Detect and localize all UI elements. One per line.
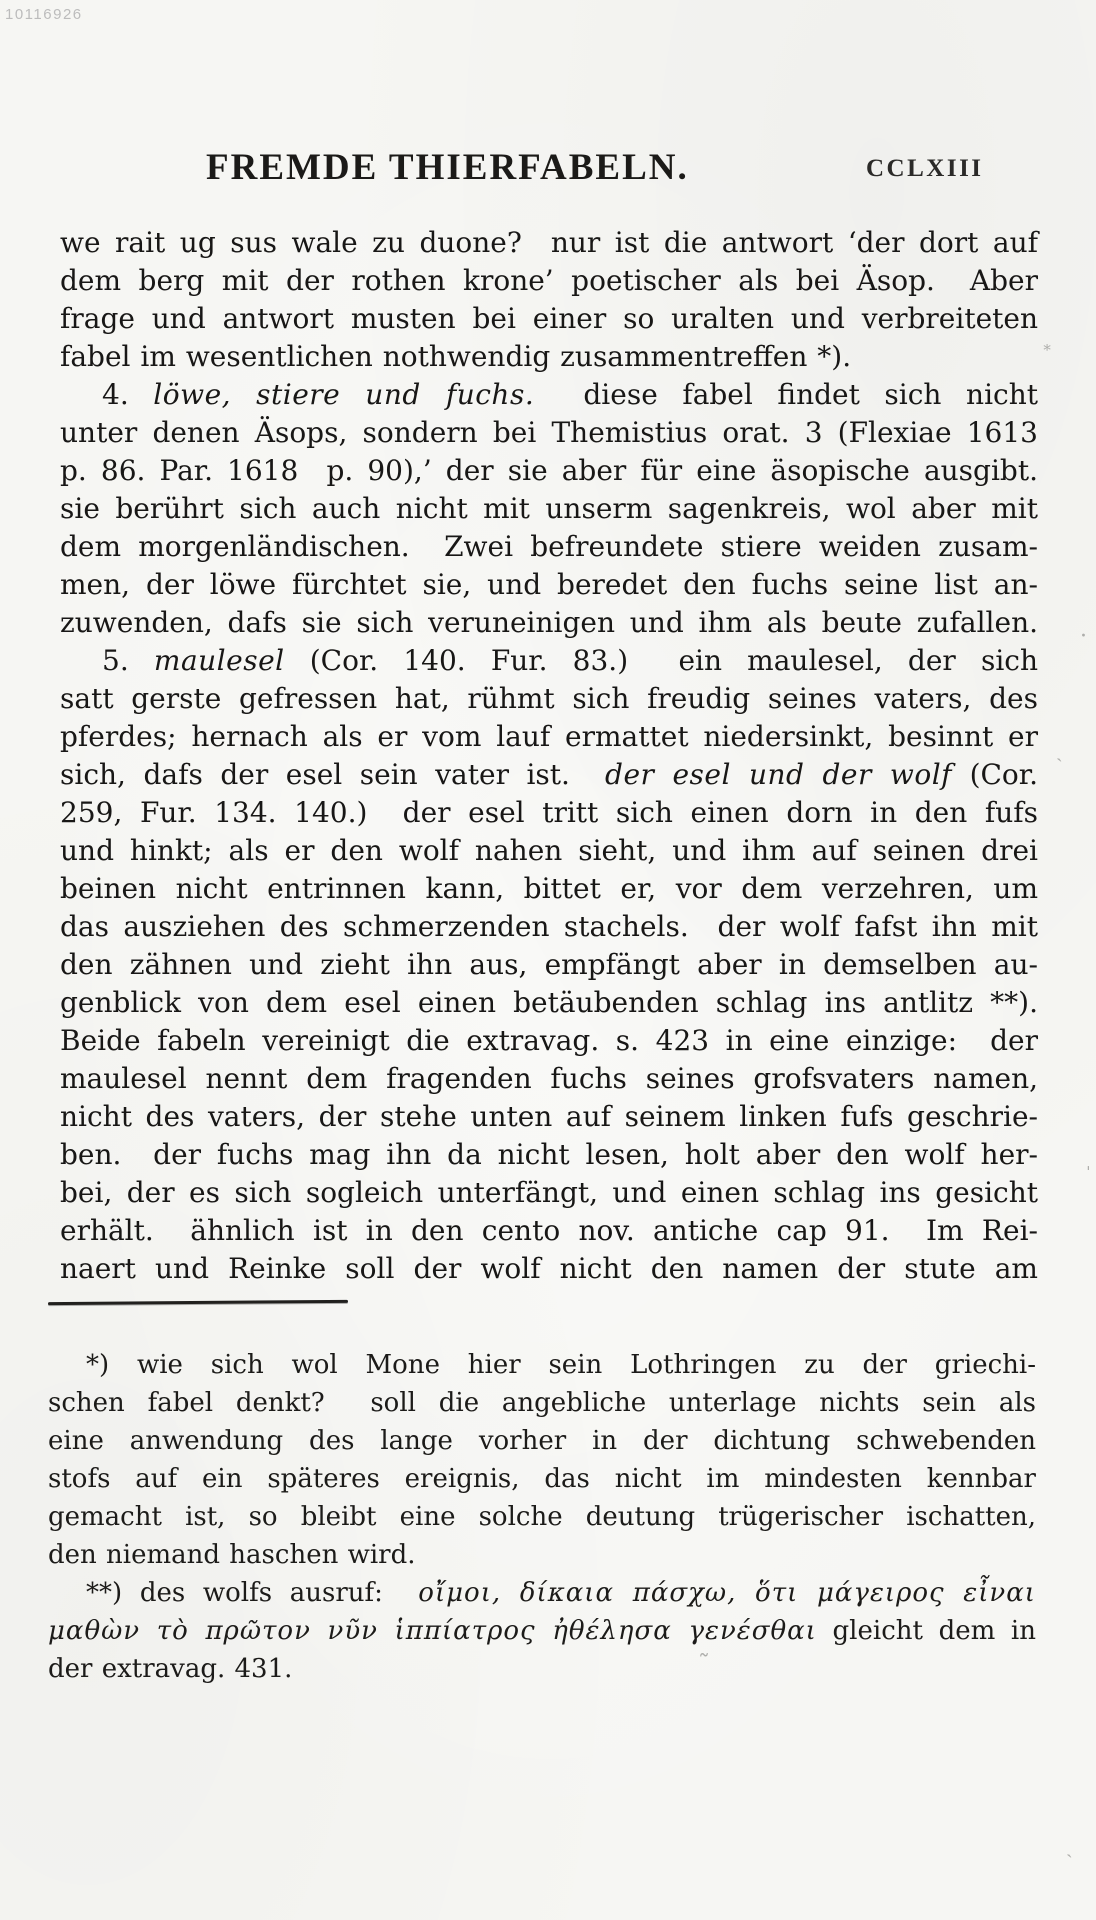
text-line: beinen nicht entrinnen kann, bittet er, …: [60, 870, 1038, 908]
text-line: sie berührt sich auch nicht mit unserm s…: [60, 490, 1038, 528]
text-segment: den niemand haschen wird.: [48, 1540, 416, 1570]
scan-artifact: ˏ: [1056, 740, 1063, 760]
text-segment: schen fabel denkt? soll die angebliche u…: [48, 1388, 1036, 1418]
text-line: pferdes; hernach als er vom lauf ermatte…: [60, 718, 1038, 756]
text-segment: den zähnen und zieht ihn aus, empfängt a…: [60, 948, 1038, 981]
text-segment: und hinkt; als er den wolf nahen sieht, …: [60, 834, 1038, 867]
text-segment: frage und antwort musten bei einer so ur…: [60, 302, 1038, 335]
text-segment: unter denen Äsops, sondern bei Themistiu…: [60, 416, 1038, 449]
text-segment: ben. der fuchs mag ihn da nicht lesen, h…: [60, 1138, 1038, 1171]
italic-text-segment: löwe, stiere und fuchs.: [153, 378, 534, 411]
text-segment: we rait ug sus wale zu duone? nur ist di…: [60, 226, 1038, 259]
footnote-separator-rule: [48, 1300, 348, 1305]
text-line: nicht des vaters, der stehe unten auf se…: [60, 1098, 1038, 1136]
text-segment: nicht des vaters, der stehe unten auf se…: [60, 1100, 1038, 1133]
text-segment: (Cor. 140. Fur. 83.) ein maulesel, der s…: [285, 644, 1038, 677]
scan-artifact: ∗: [1042, 340, 1052, 355]
scan-artifact: ˜: [698, 1652, 710, 1676]
text-segment: 4.: [102, 378, 153, 411]
text-segment: (Cor.: [952, 758, 1038, 791]
text-segment: beinen nicht entrinnen kann, bittet er, …: [60, 872, 1038, 905]
text-segment: bei, der es sich sogleich unterfängt, un…: [60, 1176, 1038, 1209]
text-segment: men, der löwe fürchtet sie, und beredet …: [60, 568, 1038, 601]
text-line: und hinkt; als er den wolf nahen sieht, …: [60, 832, 1038, 870]
text-segment: dem morgenländischen. Zwei befreundete s…: [60, 530, 1038, 563]
text-segment: 259, Fur. 134. 140.) der esel tritt sich…: [60, 796, 1038, 829]
text-line: schen fabel denkt? soll die angebliche u…: [48, 1384, 1036, 1422]
footnotes-block: *) wie sich wol Mone hier sein Lothringe…: [48, 1346, 1036, 1688]
text-segment: **) des wolfs ausruf:: [86, 1578, 418, 1608]
text-line: erhält. ähnlich ist in den cento nov. an…: [60, 1212, 1038, 1250]
text-line: satt gerste gefressen hat, rühmt sich fr…: [60, 680, 1038, 718]
text-segment: p. 86. Par. 1618 p. 90),’ der sie aber f…: [60, 454, 1038, 487]
text-line: 4. löwe, stiere und fuchs. diese fabel f…: [60, 376, 1038, 414]
italic-text-segment: der esel und der wolf: [605, 758, 952, 791]
text-line: genblick von dem esel einen betäubenden …: [60, 984, 1038, 1022]
text-line: eine anwendung des lange vorher in der d…: [48, 1422, 1036, 1460]
text-line: sich, dafs der esel sein vater ist. der …: [60, 756, 1038, 794]
text-line: unter denen Äsops, sondern bei Themistiu…: [60, 414, 1038, 452]
text-line: μαθὼν τὸ πρῶτον νῦν ἱππίατρος ἠθέλησα γε…: [48, 1612, 1036, 1650]
text-line: maulesel nennt dem fragenden fuchs seine…: [60, 1060, 1038, 1098]
scan-artifact: ·: [1080, 626, 1087, 648]
text-line: fabel im wesentlichen nothwendig zusamme…: [60, 338, 1038, 376]
text-line: bei, der es sich sogleich unterfängt, un…: [60, 1174, 1038, 1212]
text-line: der extravag. 431.: [48, 1650, 1036, 1688]
text-segment: diese fabel findet sich nicht: [534, 378, 1038, 411]
text-line: **) des wolfs ausruf: οἴμοι, δίκαια πάσχ…: [48, 1574, 1036, 1612]
page-number-roman: CCLXIII: [866, 155, 984, 183]
text-line: p. 86. Par. 1618 p. 90),’ der sie aber f…: [60, 452, 1038, 490]
text-segment: satt gerste gefressen hat, rühmt sich fr…: [60, 682, 1038, 715]
text-segment: genblick von dem esel einen betäubenden …: [60, 986, 1038, 1019]
text-segment: fabel im wesentlichen nothwendig zusamme…: [60, 340, 851, 373]
text-segment: dem berg mit der rothen krone’ poetische…: [60, 264, 1038, 297]
text-line: *) wie sich wol Mone hier sein Lothringe…: [48, 1346, 1036, 1384]
greek-text-segment: μαθὼν τὸ πρῶτον νῦν ἱππίατρος ἠθέλησα γε…: [48, 1616, 817, 1646]
scanned-book-page: 10116926 FREMDE THIERFABELN. CCLXIII we …: [0, 0, 1096, 1920]
text-segment: pferdes; hernach als er vom lauf ermatte…: [60, 720, 1038, 753]
text-line: stofs auf ein späteres ereignis, das nic…: [48, 1460, 1036, 1498]
text-line: dem morgenländischen. Zwei befreundete s…: [60, 528, 1038, 566]
text-segment: gemacht ist, so bleibt eine solche deutu…: [48, 1502, 1036, 1532]
text-line: frage und antwort musten bei einer so ur…: [60, 300, 1038, 338]
text-line: men, der löwe fürchtet sie, und beredet …: [60, 566, 1038, 604]
text-segment: maulesel nennt dem fragenden fuchs seine…: [60, 1062, 1038, 1095]
main-text-block: we rait ug sus wale zu duone? nur ist di…: [60, 224, 1038, 1288]
text-line: den niemand haschen wird.: [48, 1536, 1036, 1574]
text-line: zuwenden, dafs sie sich veruneinigen und…: [60, 604, 1038, 642]
text-segment: 5.: [102, 644, 154, 677]
text-segment: sich, dafs der esel sein vater ist.: [60, 758, 605, 791]
text-segment: zuwenden, dafs sie sich veruneinigen und…: [60, 606, 1038, 639]
page-title: FREMDE THIERFABELN.: [206, 146, 689, 189]
text-line: den zähnen und zieht ihn aus, empfängt a…: [60, 946, 1038, 984]
greek-text-segment: οἴμοι, δίκαια πάσχω, ὅτι μάγειρος εἶναι: [418, 1578, 1036, 1608]
text-segment: naert und Reinke soll der wolf nicht den…: [60, 1252, 1038, 1285]
text-line: we rait ug sus wale zu duone? nur ist di…: [60, 224, 1038, 262]
text-line: 5. maulesel (Cor. 140. Fur. 83.) ein mau…: [60, 642, 1038, 680]
scan-artifact: ˎ: [1066, 1836, 1073, 1856]
text-line: das ausziehen des schmerzenden stachels.…: [60, 908, 1038, 946]
text-line: gemacht ist, so bleibt eine solche deutu…: [48, 1498, 1036, 1536]
page-header: FREMDE THIERFABELN. CCLXIII: [0, 146, 1096, 196]
text-segment: eine anwendung des lange vorher in der d…: [48, 1426, 1036, 1456]
text-line: 259, Fur. 134. 140.) der esel tritt sich…: [60, 794, 1038, 832]
text-line: dem berg mit der rothen krone’ poetische…: [60, 262, 1038, 300]
italic-text-segment: maulesel: [154, 644, 285, 677]
text-segment: das ausziehen des schmerzenden stachels.…: [60, 910, 1038, 943]
text-line: naert und Reinke soll der wolf nicht den…: [60, 1250, 1038, 1288]
scan-id-number: 10116926: [5, 6, 83, 23]
text-segment: Beide fabeln vereinigt die extravag. s. …: [60, 1024, 1038, 1057]
text-segment: gleicht dem in: [817, 1616, 1036, 1646]
text-segment: stofs auf ein späteres ereignis, das nic…: [48, 1464, 1036, 1494]
text-segment: sie berührt sich auch nicht mit unserm s…: [60, 492, 1038, 525]
text-line: ben. der fuchs mag ihn da nicht lesen, h…: [60, 1136, 1038, 1174]
text-segment: erhält. ähnlich ist in den cento nov. an…: [60, 1214, 1038, 1247]
text-segment: der extravag. 431.: [48, 1654, 292, 1684]
text-segment: *) wie sich wol Mone hier sein Lothringe…: [86, 1350, 1036, 1380]
text-line: Beide fabeln vereinigt die extravag. s. …: [60, 1022, 1038, 1060]
scan-artifact: ˈ: [1086, 1166, 1091, 1183]
